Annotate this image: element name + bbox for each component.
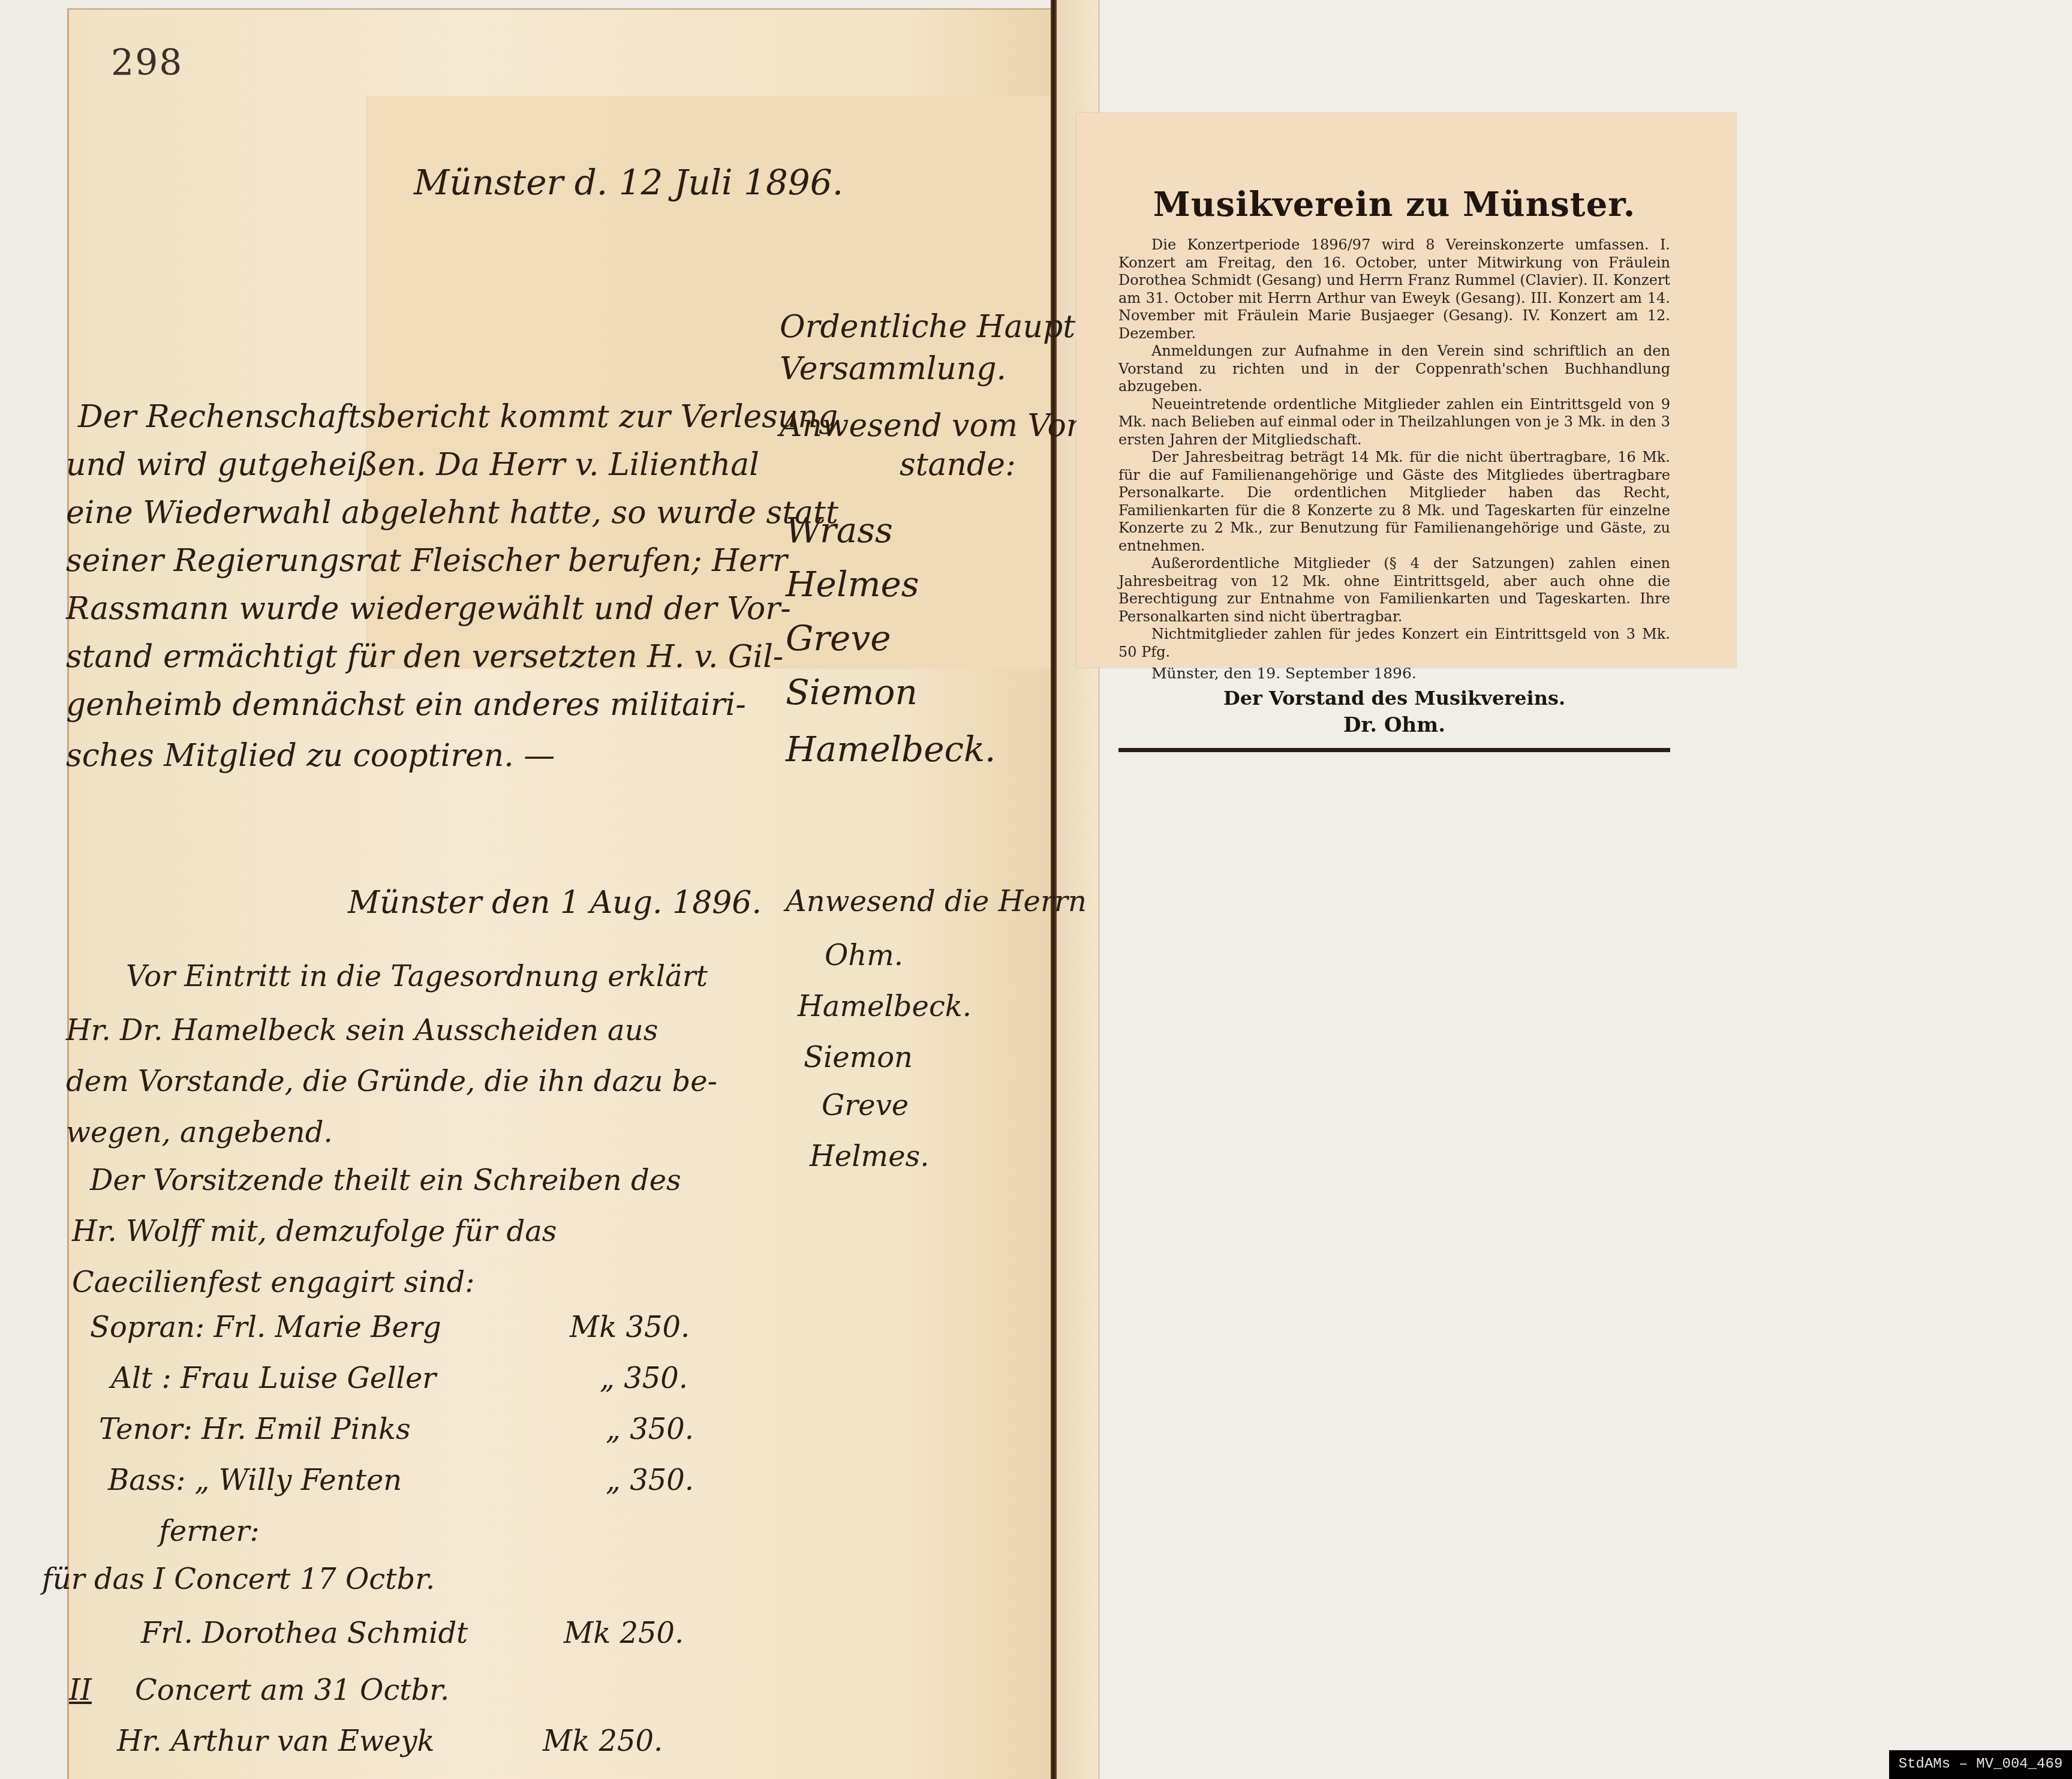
- concert1-line: für das I Concert 17 Octbr.: [42, 1562, 435, 1596]
- entry1-body-line: sches Mitglied zu cooptiren. —: [66, 738, 555, 774]
- voice-part: Tenor:: [99, 1413, 193, 1446]
- entry1-attendance-label-line2: stande:: [900, 447, 1016, 483]
- clipping-paragraph: Die Konzertperiode 1896/97 wird 8 Verein…: [1118, 236, 1670, 342]
- entry2-attendance-label: Anwesend die Herrn: [786, 885, 1087, 918]
- clipping-paragraph: Neueintretende ordentliche Mitglieder za…: [1118, 396, 1670, 449]
- entry2-attendee: Hamelbeck.: [798, 990, 972, 1023]
- concert2-artist: Hr. Arthur van Eweyk: [117, 1724, 435, 1758]
- voice-part: Bass:: [108, 1464, 185, 1497]
- singer-name: „ Willy Fenten: [195, 1464, 402, 1497]
- engagement-row: Tenor: Hr. Emil Pinks: [99, 1413, 411, 1446]
- clipping-paragraph: Der Jahresbeitrag beträgt 14 Mk. für die…: [1118, 449, 1670, 555]
- voice-part: Alt :: [111, 1362, 172, 1395]
- entry1-attendee: Helmes: [786, 564, 919, 605]
- further-label: ferner:: [159, 1514, 260, 1548]
- entry2-body-line: Caecilienfest engagirt sind:: [72, 1266, 474, 1299]
- entry1-body-line: Der Rechenschaftsbericht kommt zur Verle…: [78, 399, 838, 435]
- singer-name: Frl. Marie Berg: [213, 1311, 441, 1344]
- fee: „ 350.: [606, 1413, 694, 1446]
- concert2-line: Concert am 31 Octbr.: [135, 1673, 449, 1707]
- singer-name: Frau Luise Geller: [181, 1362, 436, 1395]
- clipping-paragraph: Nichtmitglieder zahlen für jedes Konzert…: [1118, 626, 1670, 661]
- fee: „ 350.: [606, 1464, 694, 1497]
- entry1-body-line: stand ermächtigt für den versetzten H. v…: [66, 639, 783, 675]
- fee: Mk 250.: [564, 1616, 684, 1650]
- archive-label: StdAMs – MV_004_469: [1889, 1750, 2072, 1779]
- entry2-attendee: Helmes.: [810, 1140, 929, 1173]
- clipping-signature-org: Der Vorstand des Musikvereins.: [1118, 687, 1670, 710]
- entry1-body-line: eine Wiederwahl abgelehnt hatte, so wurd…: [66, 495, 838, 531]
- engagement-row: Alt : Frau Luise Geller: [111, 1362, 436, 1395]
- entry1-heading: Münster d. 12 Juli 1896.: [414, 162, 843, 203]
- entry2-body-line: dem Vorstande, die Gründe, die ihn dazu …: [66, 1065, 717, 1098]
- entry2-body-line: Vor Eintritt in die Tagesordnung erklärt: [126, 960, 708, 993]
- fee: Mk 250.: [543, 1724, 663, 1758]
- entry1-margin-title-line2: Versammlung.: [780, 351, 1006, 387]
- entry2-body-line: wegen, angebend.: [66, 1116, 333, 1149]
- fee: Mk 350.: [570, 1311, 690, 1344]
- entry2-body-line: Hr. Wolff mit, demzufolge für das: [72, 1215, 557, 1248]
- entry1-margin-title-line1: Ordentliche Haupt-: [780, 309, 1086, 345]
- entry1-attendee: Greve: [786, 618, 891, 659]
- entry1-body-line: und wird gutgeheißen. Da Herr v. Lilient…: [66, 447, 759, 483]
- entry2-attendee: Ohm.: [825, 939, 903, 972]
- clipping-title: Musikverein zu Münster.: [1118, 185, 1670, 224]
- clipping-paragraph: Außerordentliche Mitglieder (§ 4 der Sat…: [1118, 555, 1670, 626]
- engagement-row: Bass: „ Willy Fenten: [108, 1464, 402, 1497]
- clipping-signature-name: Dr. Ohm.: [1118, 713, 1670, 737]
- entry1-body-line: seiner Regierungsrat Fleischer berufen; …: [66, 543, 787, 579]
- concert2-numeral: II: [69, 1673, 92, 1707]
- entry2-attendee: Siemon: [804, 1041, 913, 1074]
- entry2-heading: Münster den 1 Aug. 1896.: [348, 885, 762, 921]
- clipping-rule: [1118, 748, 1670, 752]
- entry2-body-line: Hr. Dr. Hamelbeck sein Ausscheiden aus: [66, 1014, 658, 1047]
- entry2-body-line: Der Vorsitzende theilt ein Schreiben des: [90, 1164, 681, 1197]
- entry1-body-line: genheimb demnächst ein anderes militairi…: [66, 687, 746, 723]
- clipping-paragraph: Anmeldungen zur Aufnahme in den Verein s…: [1118, 342, 1670, 396]
- voice-part: Sopran:: [90, 1311, 205, 1344]
- concert1-artist: Frl. Dorothea Schmidt: [141, 1616, 468, 1650]
- entry2-attendee: Greve: [822, 1089, 909, 1122]
- entry1-attendee: Hamelbeck.: [786, 729, 996, 770]
- entry1-attendee: Siemon: [786, 672, 918, 713]
- entry1-body-line: Rassmann wurde wiedergewählt und der Vor…: [66, 591, 791, 627]
- engagement-row: Sopran: Frl. Marie Berg: [90, 1311, 441, 1344]
- singer-name: Hr. Emil Pinks: [202, 1413, 411, 1446]
- clipping-date: Münster, den 19. September 1896.: [1151, 665, 1670, 682]
- fee: „ 350.: [600, 1362, 688, 1395]
- newspaper-clipping: Musikverein zu Münster. Die Konzertperio…: [1076, 113, 1736, 668]
- page-number: 298: [111, 42, 184, 84]
